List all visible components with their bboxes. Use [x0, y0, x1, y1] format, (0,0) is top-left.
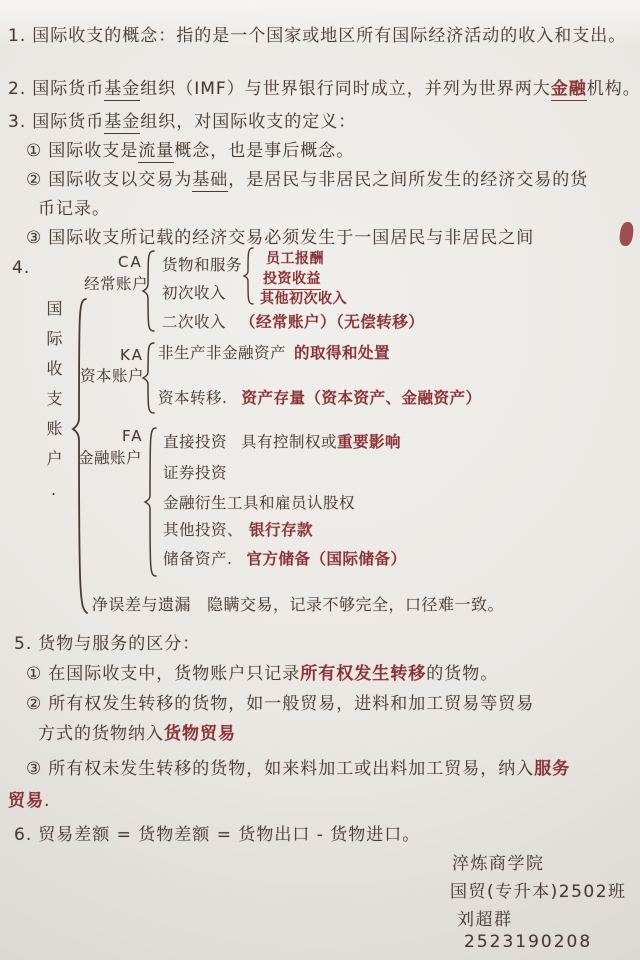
primary-income-sub-3: 其他初次收入: [260, 288, 347, 308]
item-number: 6.: [14, 825, 32, 845]
note-line-6: 6.贸易差额 = 货物差额 = 货物出口 - 货物进口。: [14, 825, 420, 846]
line-text: 储备资产.: [163, 550, 232, 568]
red-annotation: （经常账户）（无偿转移）: [240, 313, 424, 331]
section-5-item-2-wrap: 方式的货物纳入货物贸易: [38, 724, 236, 745]
definition-item-1: ①国际收支是流量概念，也是事后概念。: [26, 141, 354, 162]
line-text: 资本转移.: [158, 389, 227, 407]
red-emphasis: 货物贸易: [164, 724, 236, 744]
line-text: ，是居民与非居民之间所发生的经济交易的货: [228, 170, 588, 190]
circled-number: ①: [26, 141, 42, 161]
ca-item-goods-services: 货物和服务: [162, 253, 242, 275]
item-number: 3.: [8, 112, 26, 132]
underlined-text: 基金: [104, 79, 140, 101]
net-errors-line: 净误差与遗漏隐瞒交易，记录不够完全，口径难一致。: [92, 592, 504, 615]
ka-label: 资本账户: [80, 364, 144, 386]
circled-number: ①: [26, 664, 42, 684]
underlined-text: 基金: [104, 112, 140, 134]
line-text: 币记录。: [38, 199, 110, 219]
item-number: 2.: [8, 79, 26, 99]
ca-code: CA: [118, 253, 143, 271]
definition-item-2-wrap: 币记录。: [38, 199, 110, 220]
signature-name: 刘超群: [457, 905, 513, 930]
net-errors-note: 隐瞒交易，记录不够完全，口径难一致。: [207, 595, 504, 614]
line-text: 方式的货物纳入: [38, 724, 164, 744]
section-5-item-2: ②所有权发生转移的货物，如一般贸易，进料和加工贸易等贸易: [26, 694, 534, 715]
line-text: 其他投资、: [163, 521, 243, 539]
line-text: 所有权未发生转移的货物，如来料加工或出料加工贸易，纳入: [48, 759, 534, 779]
net-errors-label: 净误差与遗漏: [92, 595, 191, 614]
section-5-item-3: ③所有权未发生转移的货物，如来料加工或出料加工贸易，纳入服务: [26, 759, 570, 780]
section-5-item-1: ①在国际收支中，货物账户只记录所有权发生转移的货物。: [26, 664, 498, 685]
red-emphasis: 贸易: [8, 791, 44, 811]
fa-item-portfolio-investment: 证券投资: [163, 461, 227, 483]
fa-item-derivatives: 金融衍生工具和雇员认股权: [163, 491, 355, 513]
signature-student-id: 2523190208: [464, 932, 592, 952]
red-annotation: 官方储备（国际储备）: [246, 550, 406, 568]
line-text: 国际收支是: [48, 141, 138, 161]
line-text: .: [44, 791, 50, 811]
red-annotation: 的取得和处置: [294, 344, 390, 362]
line-text: 概念，也是事后概念。: [174, 141, 354, 161]
diagram-root-label: 国际收支账户.: [42, 300, 65, 513]
primary-income-brace: [243, 247, 255, 305]
section-5-title: 5.货物与服务的区分：: [14, 634, 200, 655]
line-text: 国际收支的概念：指的是一个国家或地区所有国际经济活动的收入和支出。: [32, 26, 626, 46]
line-text: 机构。: [587, 79, 640, 99]
fa-label: 金融账户: [78, 446, 142, 468]
line-text: 贸易差额 = 货物差额 = 货物出口 - 货物进口。: [38, 825, 420, 845]
ka-code: KA: [120, 346, 144, 364]
circled-number: ②: [26, 694, 42, 714]
item-number: 4.: [12, 258, 30, 278]
red-emphasis: 金融: [551, 79, 587, 101]
section-4-number: 4.: [12, 258, 30, 279]
red-margin-mark: [619, 221, 635, 246]
line-text: 组织（IMF）与世界银行同时成立，并列为世界两大: [140, 79, 550, 99]
circled-number: ③: [26, 228, 42, 248]
definition-item-3: ③国际收支所记载的经济交易必须发生于一国居民与非居民之间: [26, 228, 534, 249]
fa-brace: [144, 427, 158, 577]
line-text: 二次收入: [162, 313, 226, 331]
section-5-item-3-wrap: 贸易.: [8, 791, 50, 812]
circled-number: ③: [26, 759, 42, 779]
ka-brace: [142, 342, 156, 414]
line-text: 具有控制权或: [241, 433, 337, 451]
line-text: 在国际收支中，货物账户只记录: [48, 664, 300, 684]
ca-item-secondary-income: 二次收入（经常账户）（无偿转移）: [162, 310, 424, 332]
definition-item-2: ②国际收支以交易为基础，是居民与非居民之间所发生的经济交易的货: [26, 170, 588, 191]
handwritten-notes-page: 1.国际收支的概念：指的是一个国家或地区所有国际经济活动的收入和支出。 2.国际…: [0, 0, 640, 960]
line-text: 国际收支以交易为: [48, 170, 192, 190]
ka-item-capital-transfer: 资本转移.资产存量（资本资产、金融资产）: [158, 386, 481, 408]
fa-item-direct-investment: 直接投资具有控制权或重要影响: [163, 430, 401, 452]
line-text: 组织，对国际收支的定义：: [140, 112, 356, 132]
primary-income-sub-1: 员工报酬: [266, 248, 324, 268]
underlined-text: 流量: [138, 141, 174, 163]
fa-code: FA: [122, 427, 144, 445]
red-emphasis: 服务: [534, 759, 570, 779]
note-line-3: 3.国际货币基金组织，对国际收支的定义：: [8, 112, 356, 133]
line-text: 国际货币: [32, 79, 104, 99]
fa-item-other-investment: 其他投资、银行存款: [163, 518, 313, 540]
signature-class: 国贸(专升本)2502班: [450, 877, 627, 902]
ca-brace: [142, 250, 156, 332]
red-emphasis: 所有权发生转移: [300, 664, 426, 684]
red-annotation: 重要影响: [337, 433, 401, 451]
item-number: 1.: [8, 26, 26, 46]
line-text: 货物与服务的区分：: [38, 634, 200, 654]
line-text: 的货物。: [426, 664, 498, 684]
red-annotation: 银行存款: [249, 521, 313, 539]
line-text: 非生产非金融资产: [158, 344, 286, 362]
line-text: 国际收支所记载的经济交易必须发生于一国居民与非居民之间: [48, 228, 534, 248]
note-line-2: 2.国际货币基金组织（IMF）与世界银行同时成立，并列为世界两大金融机构。: [8, 79, 640, 100]
signature-school: 淬炼商学院: [452, 849, 545, 874]
primary-income-sub-2: 投资收益: [263, 268, 321, 290]
line-text: 国际货币: [32, 112, 104, 132]
ca-label: 经常账户: [84, 272, 148, 294]
fa-item-reserve-assets: 储备资产.官方储备（国际储备）: [163, 547, 406, 569]
ca-item-primary-income: 初次收入: [162, 281, 226, 303]
red-annotation: 资产存量（资本资产、金融资产）: [241, 389, 481, 407]
item-number: 5.: [14, 634, 32, 654]
circled-number: ②: [26, 170, 42, 190]
ka-item-nonproduced-assets: 非生产非金融资产的取得和处置: [158, 341, 390, 363]
underlined-text: 基础: [192, 170, 228, 192]
line-text: 所有权发生转移的货物，如一般贸易，进料和加工贸易等贸易: [48, 694, 534, 714]
line-text: 直接投资: [163, 433, 227, 451]
note-line-1: 1.国际收支的概念：指的是一个国家或地区所有国际经济活动的收入和支出。: [8, 26, 626, 47]
